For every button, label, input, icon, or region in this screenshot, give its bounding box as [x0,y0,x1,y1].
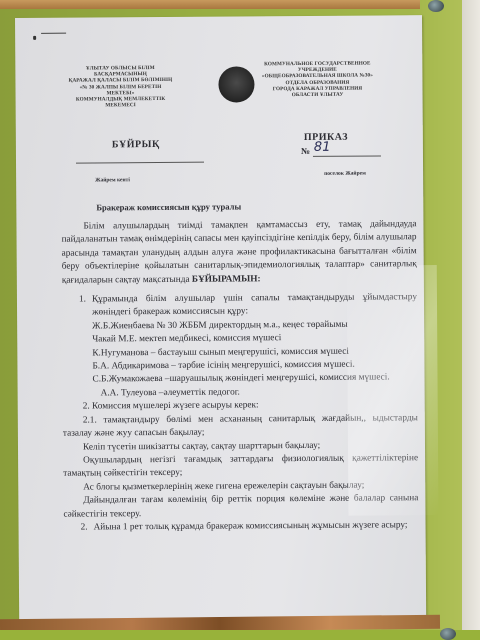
list-item: 2. Айына 1 рет толық құрамда бракераж ко… [64,519,419,535]
item-text: Құрамында білім алушылар үшін сапалы там… [92,291,417,320]
header-line: мекемесі [66,102,176,109]
intro-paragraph: Білім алушылардың тиімді тамақпен қамтам… [61,218,416,288]
order-label-kz: БҰЙРЫҚ [112,139,160,150]
header-line: области Ұлытау [258,91,378,98]
document-sheet: Ұлытау облысы білім басқармасының Қаража… [15,15,426,621]
duty: Дайындалған тағам көлемінің бір реттік п… [63,492,418,521]
board-bottom [0,630,480,640]
document-title: Бракераж комиссиясын құру туралы [96,201,241,212]
pin-icon [428,0,444,12]
order-statement: БҰЙЫРАМЫН: [192,274,261,284]
wall [462,0,480,640]
date-line [76,162,204,164]
document-body: Білім алушылардың тиімді тамақпен қамтам… [61,218,418,535]
header-line: «Общеобразовательная школа №30» [257,73,377,80]
pin-icon [440,628,456,640]
place-kz: Жайрем кенті [95,177,130,183]
list-item: 1. Құрамында білім алушылар үшін сапалы … [62,291,417,320]
top-wood-frame [0,0,420,9]
item-number: 1. [62,294,92,321]
header-left-kz: Ұлытау облысы білім басқармасының Қаража… [65,65,175,109]
header-line: «№ 30 жалпы білім беретін мектебі» [65,83,175,96]
number-line [313,155,381,156]
number-label: № [301,146,310,156]
order-number: 81 [314,140,331,155]
item-text: Айына 1 рет толық құрамда бракераж комис… [94,519,419,535]
header-right-ru: Коммунальное государственное учреждение … [257,60,377,98]
place-ru: поселок Жайрем [324,171,366,177]
duty: Оқушылардың негізгі тағамдық заттардағы … [63,452,418,481]
member: С.Б.Жумакожаева –шаруашылық жөніндегі ме… [54,372,417,388]
state-emblem-icon [218,66,254,102]
duty: 2.1. тамақтандыру бөлімі мен асхананың с… [63,412,418,441]
item-number: 2. [64,521,94,535]
